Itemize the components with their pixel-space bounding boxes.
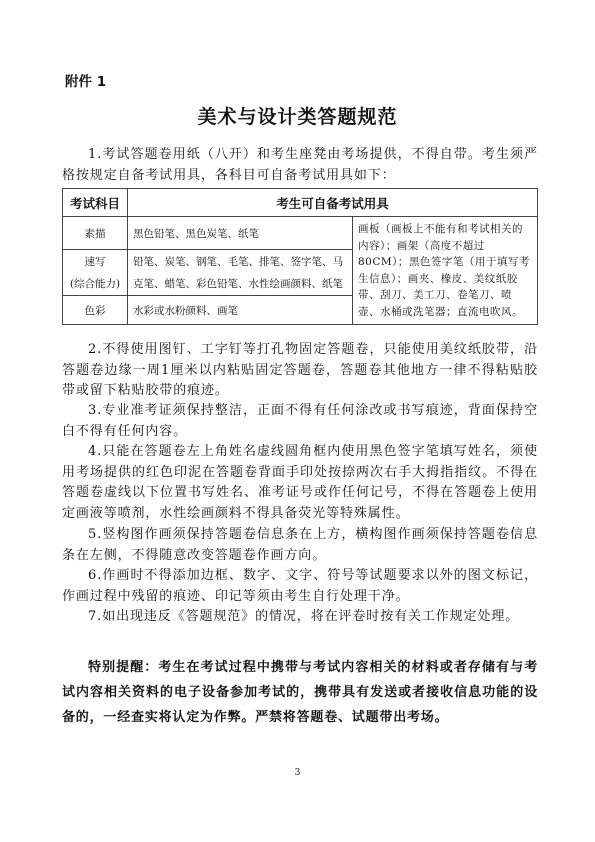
rule-paragraph-1: 1.考试答题卷用纸（八开）和考生座凳由考场提供，不得自带。考生须严格按规定自备考… bbox=[62, 145, 538, 186]
page-title: 美术与设计类答题规范 bbox=[0, 102, 595, 129]
table-row: 素描 黑色铅笔、黑色炭笔、纸笔 画板（画板上不能有和考试相关的内容）；画架（高度… bbox=[63, 217, 538, 250]
attachment-label: 附件 1 bbox=[65, 70, 106, 90]
tools-cell: 黑色铅笔、黑色炭笔、纸笔 bbox=[128, 217, 353, 250]
rule-paragraph-4: 4.只能在答题卷左上角姓名虚线圆角框内使用黑色签字笔填写姓名，须使用考场提供的红… bbox=[62, 442, 538, 524]
rule-paragraph-5: 5.竖构图作画须保持答题卷信息条在上方，横构图作画须保持答题卷信息条在左侧，不得… bbox=[62, 525, 538, 566]
rule-paragraph-2: 2.不得使用图钉、工字钉等打孔物固定答题卷，只能使用美纹纸胶带，沿答题卷边缘一周… bbox=[62, 340, 538, 402]
tools-cell: 铅笔、炭笔、钢笔、毛笔、排笔、签字笔、马克笔、蜡笔、彩色铅笔、水性绘画颜料、纸笔 bbox=[128, 250, 353, 296]
common-tools-cell: 画板（画板上不能有和考试相关的内容）；画架（高度不超过80CM）；黑色签字笔（用… bbox=[353, 217, 538, 325]
header-tools: 考生可自备考试用具 bbox=[128, 189, 538, 217]
table-header-row: 考试科目 考生可自备考试用具 bbox=[63, 189, 538, 217]
subject-cell: 素描 bbox=[63, 217, 128, 250]
exam-tools-table: 考试科目 考生可自备考试用具 素描 黑色铅笔、黑色炭笔、纸笔 画板（画板上不能有… bbox=[62, 188, 538, 325]
rule-paragraph-3: 3.专业准考证须保持整洁，正面不得有任何涂改或书写痕迹，背面保持空白不得有任何内… bbox=[62, 401, 538, 442]
rule-paragraph-6: 6.作画时不得添加边框、数字、文字、符号等试题要求以外的图文标记，作画过程中残留… bbox=[62, 566, 538, 607]
page-number: 3 bbox=[0, 768, 595, 778]
header-subject: 考试科目 bbox=[63, 189, 128, 217]
rule-paragraph-7: 7.如出现违反《答题规范》的情况，将在评卷时按有关工作规定处理。 bbox=[62, 607, 538, 628]
subject-cell: 色彩 bbox=[63, 296, 128, 325]
subject-cell: 速写 (综合能力) bbox=[63, 250, 128, 296]
tools-cell: 水彩或水粉颜料、画笔 bbox=[128, 296, 353, 325]
special-reminder: 特别提醒：考生在考试过程中携带与考试内容相关的材料或者存储有与考试内容相关资料的… bbox=[62, 655, 538, 730]
